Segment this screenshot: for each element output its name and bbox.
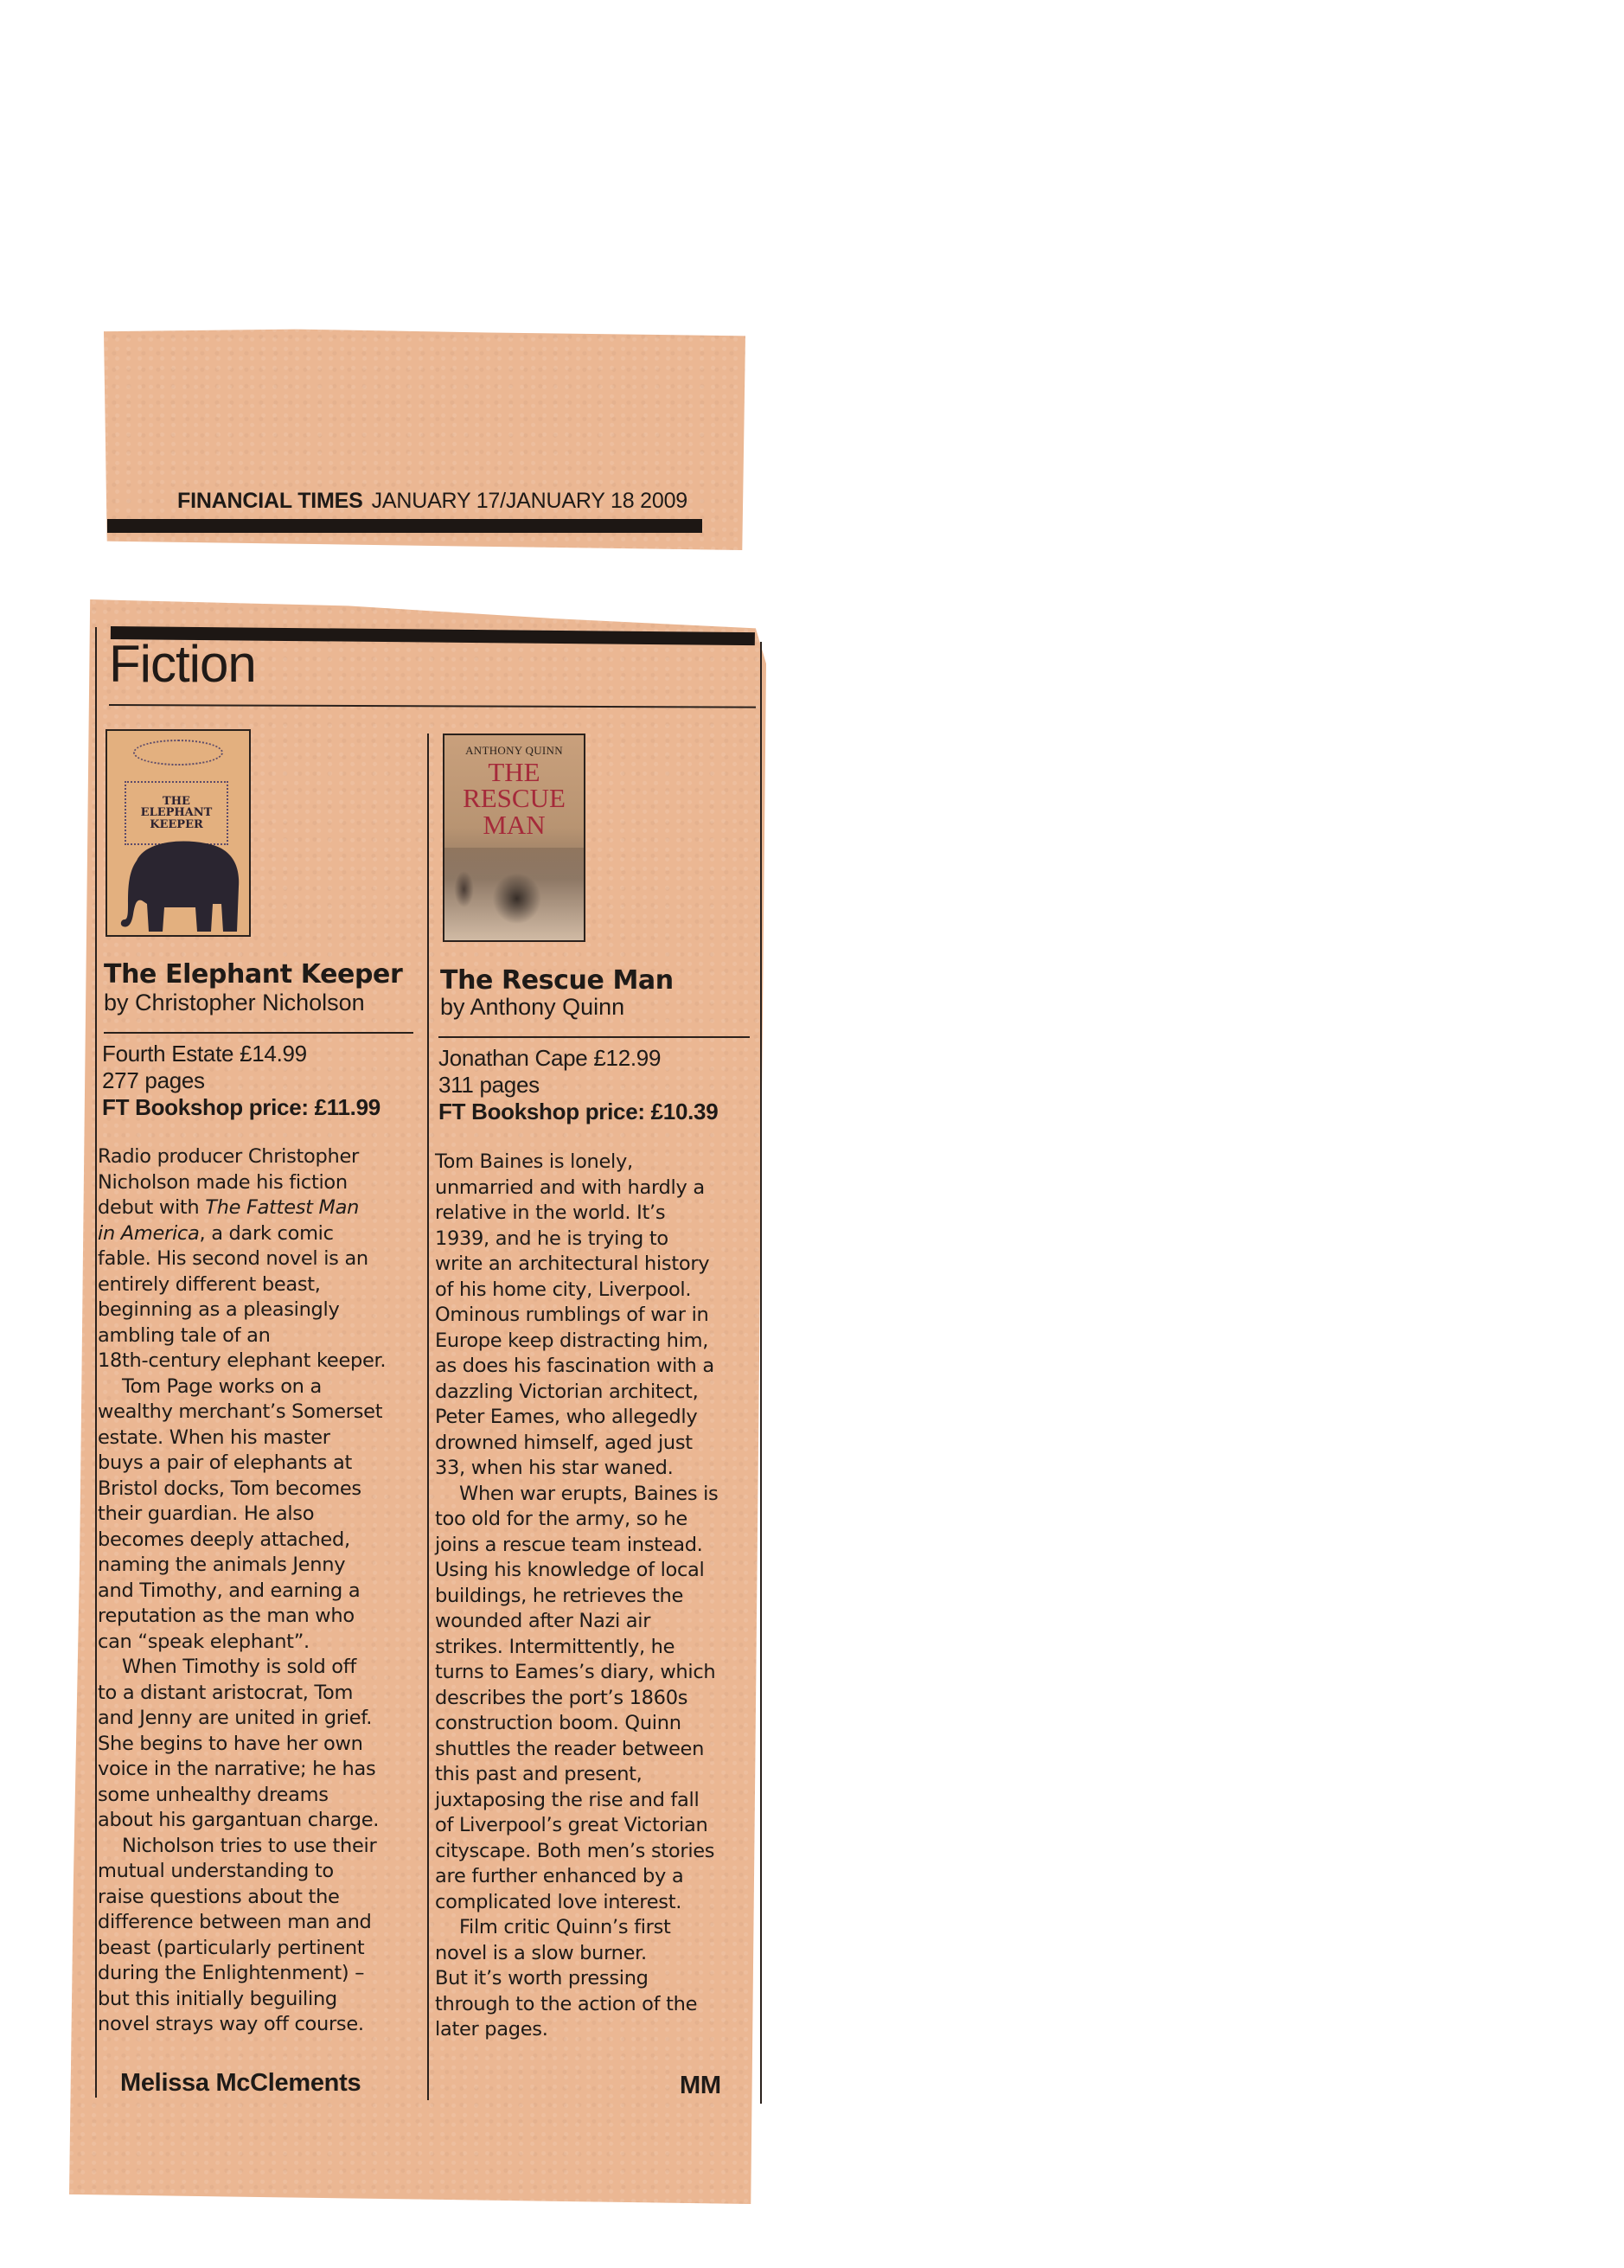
review-body-line: Peter Eames, who allegedly [435, 1405, 718, 1431]
elephant-icon [111, 835, 246, 933]
review-body-line: later pages. [435, 2017, 718, 2043]
review-body-line: dazzling Victorian architect, [435, 1380, 718, 1406]
masthead-clipping [104, 327, 745, 550]
review-body-line: as does his fascination with a [435, 1354, 718, 1380]
review-body-line: wounded after Nazi air [435, 1609, 718, 1635]
review-body-line: unmarried and with hardly a [435, 1176, 718, 1201]
review-body-line: raise questions about the [98, 1885, 386, 1911]
book-title: The Elephant Keeper [104, 962, 402, 988]
masthead: FINANCIAL TIMESJANUARY 17/JANUARY 18 200… [177, 489, 687, 514]
review-body-line: construction boom. Quinn [435, 1711, 718, 1737]
review-body-line: beast (particularly pertinent [98, 1936, 386, 1962]
review-body-line: She begins to have her own [98, 1732, 386, 1758]
book-info-rule [438, 1036, 750, 1038]
book-title: The Rescue Man [440, 968, 674, 994]
book-meta: Jonathan Cape £12.99 311 pages FT Booksh… [438, 1045, 718, 1125]
section-title: Fiction [109, 638, 256, 690]
review-body-line: ambling tale of an [98, 1323, 386, 1349]
review-body-line: Film critic Quinn’s first [435, 1915, 718, 1941]
review-body-line: strikes. Intermittently, he [435, 1635, 718, 1661]
review-body: Tom Baines is lonely,unmarried and with … [435, 1150, 718, 2043]
review-body-line: this past and present, [435, 1762, 718, 1788]
review-body-line: through to the action of the [435, 1992, 718, 2018]
book-byline: by Anthony Quinn [440, 996, 624, 1019]
review-body-line: 1939, and he is trying to [435, 1227, 718, 1253]
review-body-line: naming the animals Jenny [98, 1553, 386, 1579]
review-body-line: buildings, he retrieves the [435, 1584, 718, 1610]
cover-photo-scene [444, 848, 584, 940]
review-body-line: to a distant aristocrat, Tom [98, 1681, 386, 1707]
review-body-line: Radio producer Christopher [98, 1144, 386, 1170]
review-body-line: buys a pair of elephants at [98, 1451, 386, 1477]
review-body-line: 33, when his star waned. [435, 1456, 718, 1482]
review-body-line: complicated love interest. [435, 1890, 718, 1916]
review-body-line: cityscape. Both men’s stories [435, 1839, 718, 1865]
cover-title-line: KEEPER [141, 819, 213, 831]
review-body-line: wealthy merchant’s Somerset [98, 1400, 386, 1426]
review-body-line: reputation as the man who [98, 1604, 386, 1630]
review-body-line: relative in the world. It’s [435, 1201, 718, 1227]
book-info-rule [104, 1032, 413, 1034]
page-count: 277 pages [102, 1067, 380, 1094]
column-divider [427, 734, 429, 2100]
bookshop-price: FT Bookshop price: £11.99 [102, 1094, 380, 1121]
left-border-rule [95, 627, 97, 2098]
book-meta: Fourth Estate £14.99 277 pages FT Booksh… [102, 1041, 380, 1121]
review-body-line: joins a rescue team instead. [435, 1533, 718, 1559]
review-body-line: can “speak elephant”. [98, 1630, 386, 1656]
publication-name: FINANCIAL TIMES [177, 489, 363, 513]
review-body-line: Using his knowledge of local [435, 1558, 718, 1584]
review-body-line: When Timothy is sold off [98, 1655, 386, 1681]
review-body-line: mutual understanding to [98, 1859, 386, 1885]
review-body-line: about his gargantuan charge. [98, 1808, 386, 1834]
review-body-line: Nicholson tries to use their [98, 1834, 386, 1860]
book-cover-elephant-keeper: THE ELEPHANT KEEPER [105, 729, 251, 937]
review-body-line: drowned himself, aged just [435, 1431, 718, 1457]
review-body-line: Europe keep distracting him, [435, 1329, 718, 1355]
review-body-line: but this initially beguiling [98, 1987, 386, 2013]
review-body-line: entirely different beast, [98, 1272, 386, 1298]
review-body-line: write an architectural history [435, 1252, 718, 1278]
review-body: Radio producer ChristopherNicholson made… [98, 1144, 386, 2038]
cover-title-line: THE [141, 796, 213, 808]
review-body-line: of Liverpool’s great Victorian [435, 1813, 718, 1839]
review-body-line: juxtaposing the rise and fall [435, 1788, 718, 1814]
review-body-line: novel strays way off course. [98, 2012, 386, 2038]
review-body-line: 18th-century elephant keeper. [98, 1349, 386, 1374]
cover-title-line: ELEPHANT [141, 807, 213, 819]
cover-ornament-icon [133, 740, 223, 766]
review-body-line: But it’s worth pressing [435, 1966, 718, 1992]
review-body-line: their guardian. He also [98, 1502, 386, 1528]
book-byline: by Christopher Nicholson [104, 991, 365, 1015]
bookshop-price: FT Bookshop price: £10.39 [438, 1099, 718, 1125]
review-signature: MM [680, 2072, 721, 2100]
cover-author: ANTHONY QUINN [444, 744, 584, 758]
review-body-line: and Jenny are united in grief. [98, 1706, 386, 1732]
review-body-line: during the Enlightenment) – [98, 1961, 386, 1987]
review-body-line: beginning as a pleasingly [98, 1297, 386, 1323]
review-body-line: Tom Baines is lonely, [435, 1150, 718, 1176]
review-body-line: difference between man and [98, 1910, 386, 1936]
review-body-line: in America, a dark comic [98, 1221, 386, 1247]
page-count: 311 pages [438, 1072, 718, 1099]
review-body-line: When war erupts, Baines is [435, 1482, 718, 1508]
review-body-line: too old for the army, so he [435, 1507, 718, 1533]
review-body-line: becomes deeply attached, [98, 1528, 386, 1554]
review-signature: Melissa McClements [120, 2069, 361, 2098]
right-border-rule [760, 642, 762, 2104]
review-body-line: estate. When his master [98, 1426, 386, 1451]
review-body-line: describes the port’s 1860s [435, 1686, 718, 1712]
review-body-line: Bristol docks, Tom becomes [98, 1477, 386, 1502]
review-body-line: of his home city, Liverpool. [435, 1278, 718, 1304]
cover-title-line: MAN [444, 812, 584, 838]
review-body-line: shuttles the reader between [435, 1737, 718, 1763]
review-body-line: Tom Page works on a [98, 1374, 386, 1400]
review-body-line: novel is a slow burner. [435, 1941, 718, 1967]
review-body-line: some unhealthy dreams [98, 1783, 386, 1809]
cover-title-line: RESCUE [444, 785, 584, 811]
review-body-line: turns to Eames’s diary, which [435, 1660, 718, 1686]
review-body-line: fable. His second novel is an [98, 1246, 386, 1272]
review-body-line: voice in the narrative; he has [98, 1757, 386, 1783]
cover-title-line: THE [444, 759, 584, 785]
review-body-line: Nicholson made his fiction [98, 1170, 386, 1196]
cover-title: THE RESCUE MAN [444, 759, 584, 838]
review-body-line: are further enhanced by a [435, 1864, 718, 1890]
publisher-price: Fourth Estate £14.99 [102, 1041, 380, 1067]
review-body-line: debut with The Fattest Man [98, 1195, 386, 1221]
publication-date: JANUARY 17/JANUARY 18 2009 [372, 489, 687, 513]
review-body-line: and Timothy, and earning a [98, 1579, 386, 1605]
review-body-line: Ominous rumblings of war in [435, 1303, 718, 1329]
publisher-price: Jonathan Cape £12.99 [438, 1045, 718, 1072]
book-cover-rescue-man: ANTHONY QUINN THE RESCUE MAN [443, 734, 585, 942]
masthead-bar [107, 519, 702, 533]
